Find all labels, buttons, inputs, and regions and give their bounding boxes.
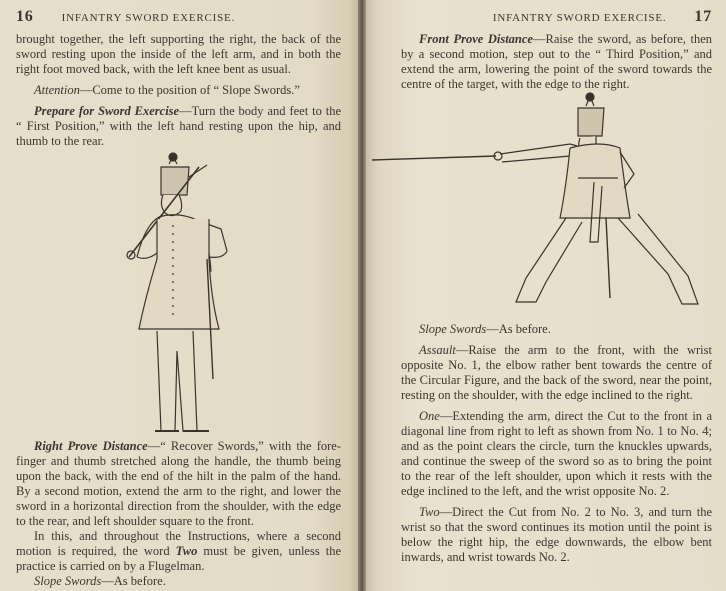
right-page: INFANTRY SWORD EXERCISE. 17 Front Prove …	[363, 0, 726, 591]
running-title: INFANTRY SWORD EXERCISE.	[493, 12, 667, 24]
left-page-header: 16 INFANTRY SWORD EXERCISE.	[16, 0, 341, 32]
paragraph-right-prove: Right Prove Distance—“ Recover Swords,” …	[16, 439, 341, 529]
paragraph-instructions: In this, and throughout the Instructions…	[16, 529, 341, 574]
soldier-slope-swords-illustration	[16, 149, 341, 439]
page-number: 16	[16, 8, 34, 26]
paragraph: brought together, the left supporting th…	[16, 32, 341, 77]
book-gutter	[358, 0, 366, 591]
paragraph-slope-swords: Slope Swords—As before.	[16, 574, 341, 589]
paragraph-two: Two—Direct the Cut from No. 2 to No. 3, …	[401, 505, 712, 565]
book-spread: 16 INFANTRY SWORD EXERCISE. brought toge…	[0, 0, 726, 591]
soldier-lunge-illustration	[371, 92, 712, 322]
paragraph-slope-swords: Slope Swords—As before.	[401, 322, 712, 337]
paragraph-prepare: Prepare for Sword Exercise—Turn the body…	[16, 104, 341, 149]
paragraph-assault: Assault—Raise the arm to the front, with…	[401, 343, 712, 403]
paragraph-one: One—Extending the arm, direct the Cut to…	[401, 409, 712, 499]
running-title: INFANTRY SWORD EXERCISE.	[62, 12, 236, 24]
right-page-header: INFANTRY SWORD EXERCISE. 17	[401, 0, 712, 32]
paragraph-front-prove: Front Prove Distance—Raise the sword, as…	[401, 32, 712, 92]
paragraph-attention: Attention—Come to the position of “ Slop…	[16, 83, 341, 98]
left-page: 16 INFANTRY SWORD EXERCISE. brought toge…	[0, 0, 363, 591]
page-number: 17	[694, 8, 712, 26]
